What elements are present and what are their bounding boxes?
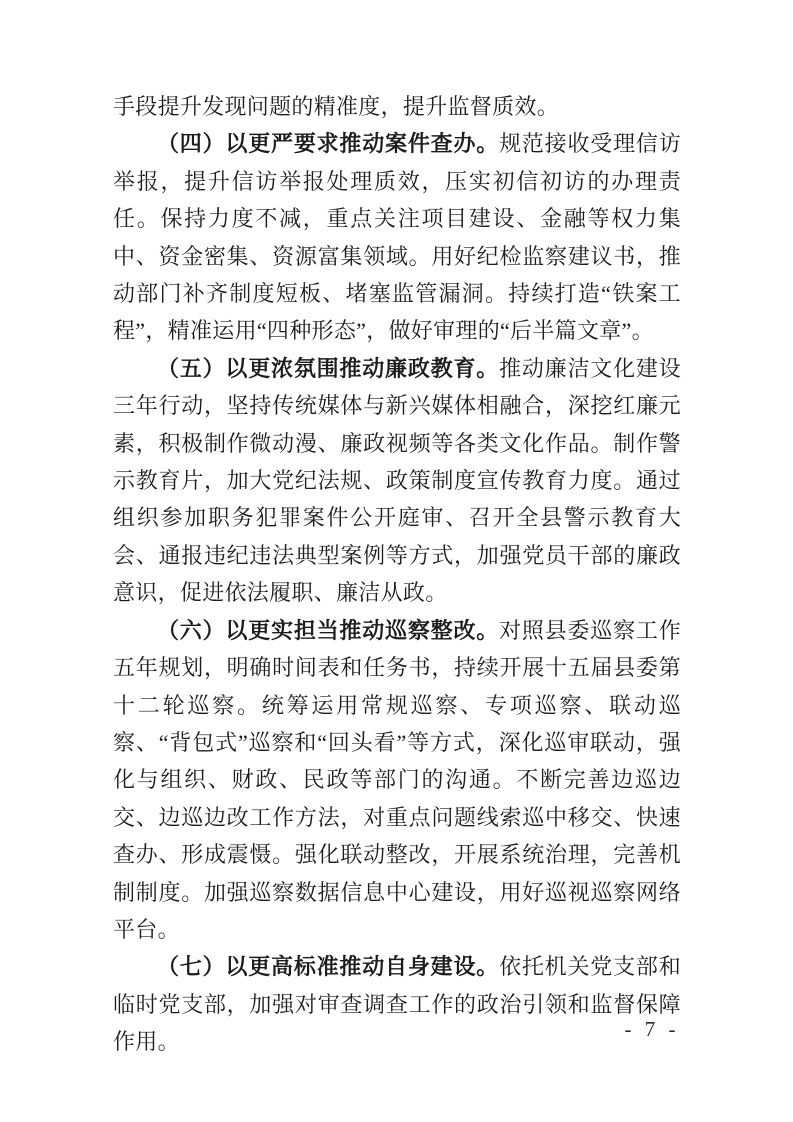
section-heading: （六）以更实担当推动巡察整改。 xyxy=(157,618,499,643)
paragraph-text: 规范接收受理信访举报，提升信访举报处理质效，压实初信初访的办理责任。保持力度不减… xyxy=(113,131,681,343)
paragraph-section-6: （六）以更实担当推动巡察整改。对照县委巡察工作五年规划，明确时间表和任务书，持续… xyxy=(113,612,681,949)
paragraph-continuation: 手段提升发现问题的精准度，提升监督质效。 xyxy=(113,88,681,125)
paragraph-text: 对照县委巡察工作五年规划，明确时间表和任务书，持续开展十五届县委第十二轮巡察。统… xyxy=(113,618,681,942)
document-page: 手段提升发现问题的精准度，提升监督质效。 （四）以更严要求推动案件查办。规范接收… xyxy=(0,0,793,1122)
section-heading: （七）以更高标准推动自身建设。 xyxy=(157,954,499,979)
paragraph-section-4: （四）以更严要求推动案件查办。规范接收受理信访举报，提升信访举报处理质效，压实初… xyxy=(113,125,681,349)
section-heading: （四）以更严要求推动案件查办。 xyxy=(157,131,499,156)
section-heading: （五）以更浓氛围推动廉政教育。 xyxy=(157,356,499,381)
paragraph-section-5: （五）以更浓氛围推动廉政教育。推动廉洁文化建设三年行动，坚持传统媒体与新兴媒体相… xyxy=(113,350,681,612)
document-body: 手段提升发现问题的精准度，提升监督质效。 （四）以更严要求推动案件查办。规范接收… xyxy=(113,88,681,1061)
paragraph-text: 推动廉洁文化建设三年行动，坚持传统媒体与新兴媒体相融合，深挖红廉元素，积极制作微… xyxy=(113,356,681,605)
paragraph-text: 手段提升发现问题的精准度，提升监督质效。 xyxy=(113,94,559,119)
page-number: - 7 - xyxy=(617,1017,687,1042)
paragraph-section-7: （七）以更高标准推动自身建设。依托机关党支部和临时党支部，加强对审查调查工作的政… xyxy=(113,948,681,1060)
